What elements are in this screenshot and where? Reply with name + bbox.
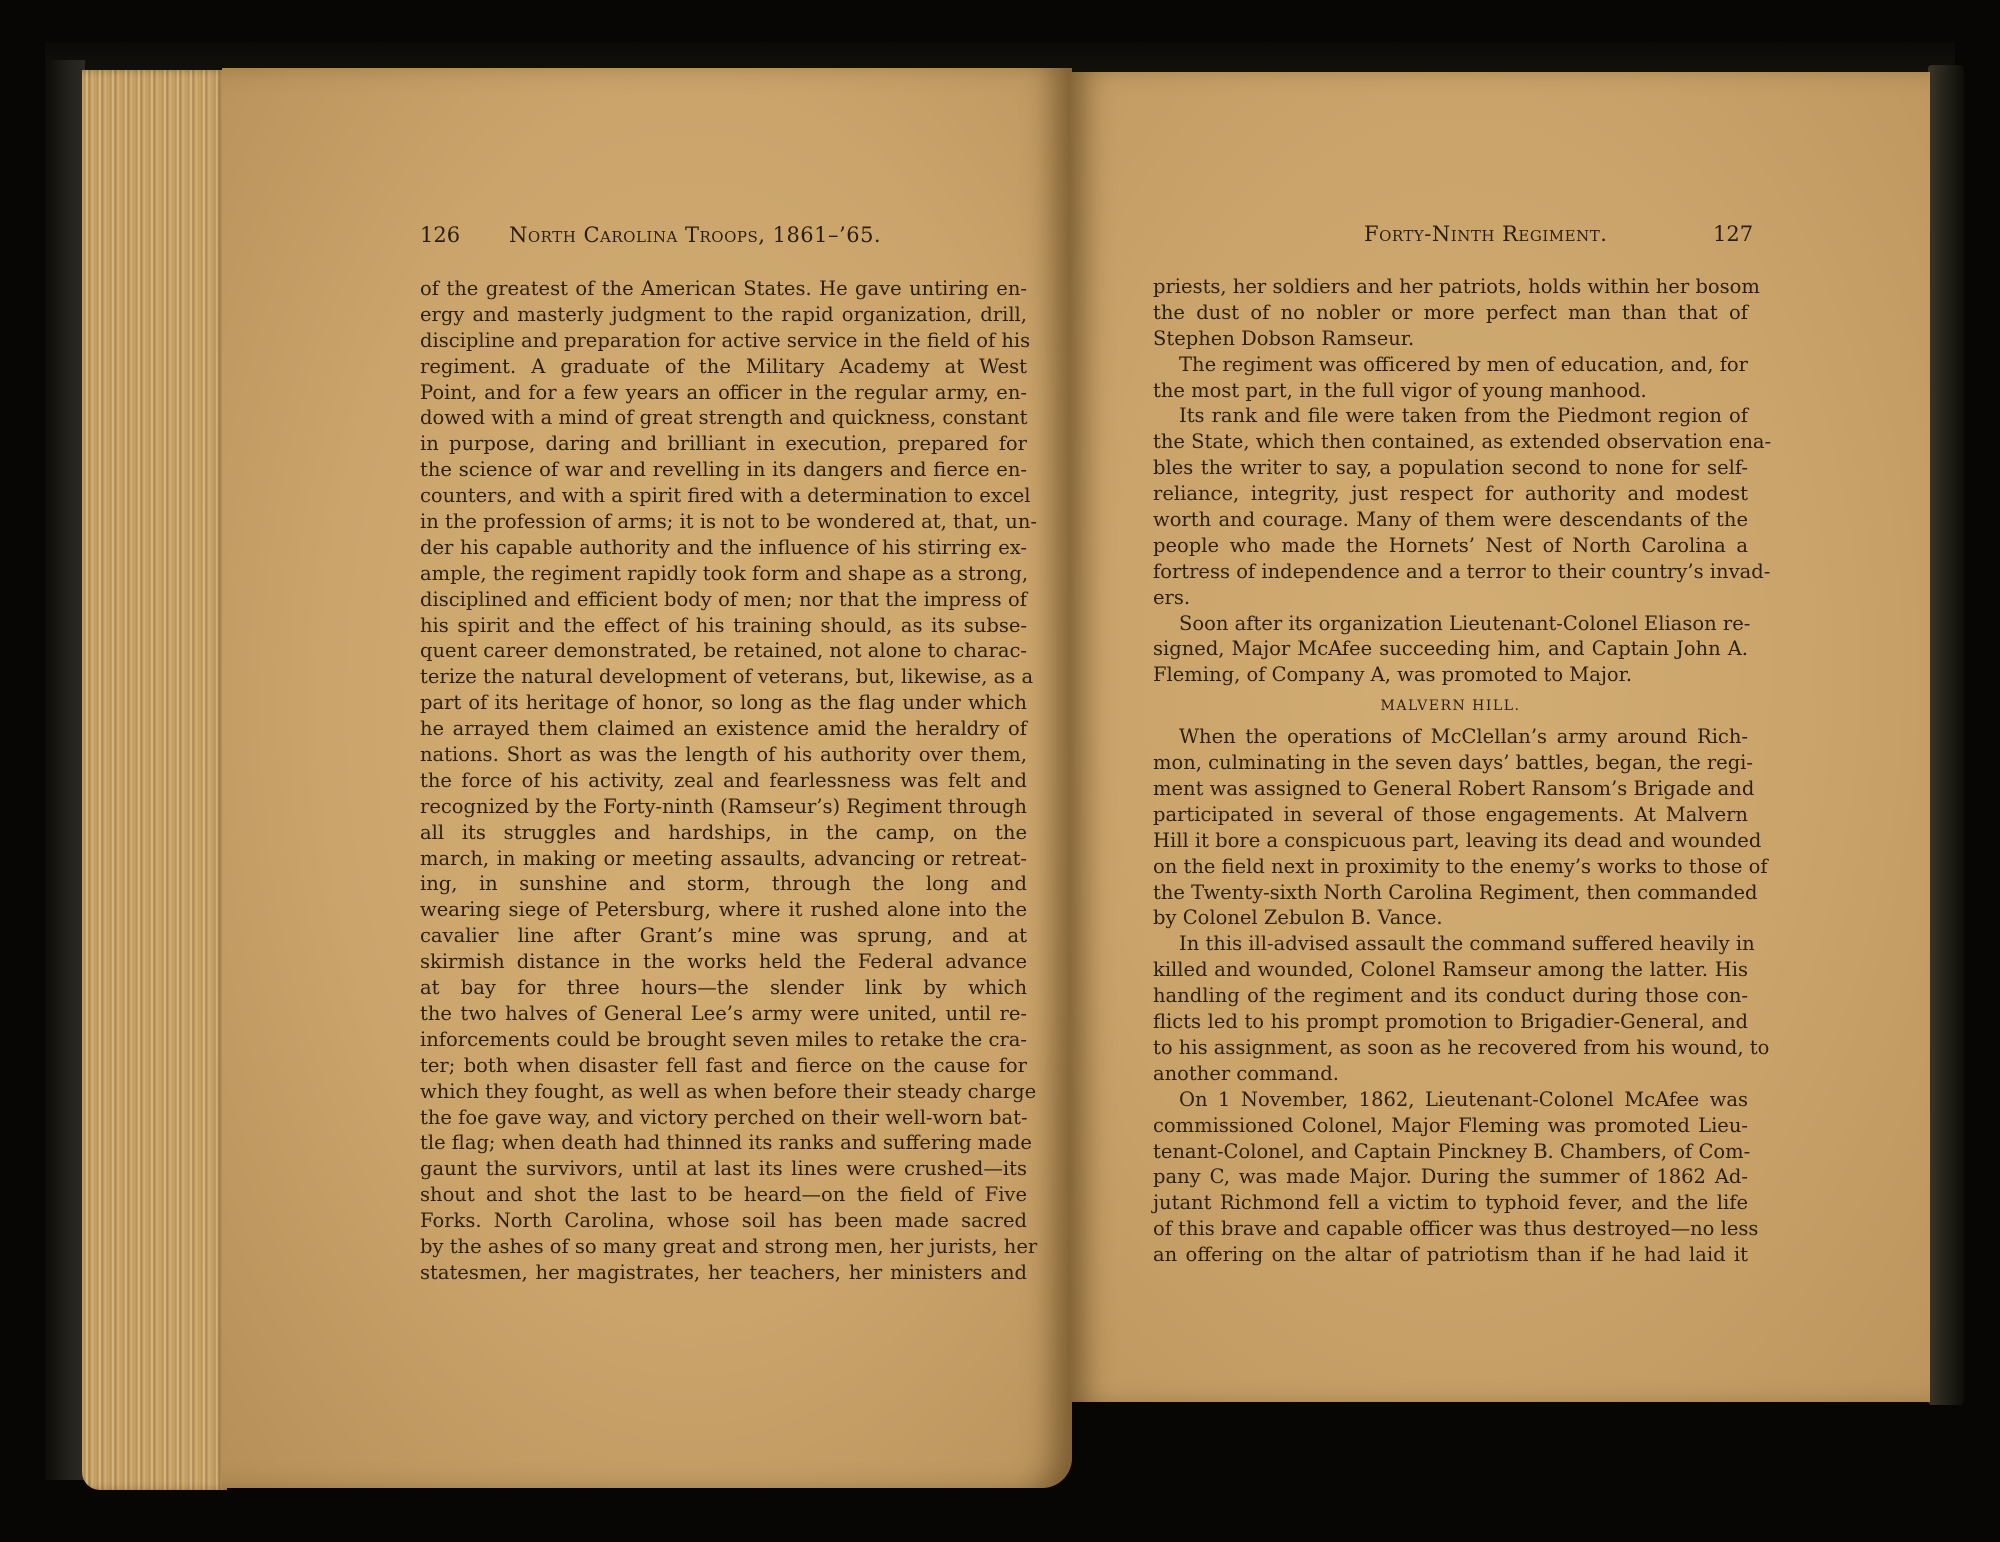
text-line: inforcements could be brought seven mile… bbox=[420, 1027, 1027, 1053]
text-line: which they fought, as well as when befor… bbox=[420, 1079, 1027, 1105]
section-heading: MALVERN HILL. bbox=[1153, 688, 1748, 724]
text-line: skirmish distance in the works held the … bbox=[420, 949, 1027, 975]
text-line: der his capable authority and the influe… bbox=[420, 535, 1027, 561]
text-line: priests, her soldiers and her patriots, … bbox=[1153, 274, 1748, 300]
text-line: Its rank and file were taken from the Pi… bbox=[1153, 403, 1748, 429]
text-line: discipline and preparation for active se… bbox=[420, 328, 1027, 354]
text-line: counters, and with a spirit fired with a… bbox=[420, 483, 1027, 509]
running-head-right: Forty-Ninth Regiment. bbox=[1364, 222, 1607, 252]
text-line: on the field next in proximity to the en… bbox=[1153, 854, 1748, 880]
text-line: disciplined and efficient body of men; n… bbox=[420, 587, 1027, 613]
text-line: participated in several of those engagem… bbox=[1153, 802, 1748, 828]
text-line: In this ill-advised assault the command … bbox=[1153, 931, 1748, 957]
text-line: people who made the Hornets’ Nest of Nor… bbox=[1153, 533, 1748, 559]
page-stack-edges bbox=[82, 70, 227, 1490]
text-line: the State, which then contained, as exte… bbox=[1153, 429, 1748, 455]
text-line: When the operations of McClellan’s army … bbox=[1153, 724, 1748, 750]
text-line: jutant Richmond fell a victim to typhoid… bbox=[1153, 1190, 1748, 1216]
text-line: regiment. A graduate of the Military Aca… bbox=[420, 354, 1027, 380]
text-line: recognized by the Forty-ninth (Ramseur’s… bbox=[420, 794, 1027, 820]
left-page-body: of the greatest of the American States. … bbox=[420, 276, 1027, 1286]
text-line: ing, in sunshine and storm, through the … bbox=[420, 871, 1027, 897]
text-line: dowed with a mind of great strength and … bbox=[420, 405, 1027, 431]
text-line: Forks. North Carolina, whose soil has be… bbox=[420, 1208, 1027, 1234]
text-line: the science of war and revelling in its … bbox=[420, 457, 1027, 483]
text-line: march, in making or meeting assaults, ad… bbox=[420, 846, 1027, 872]
text-line: ment was assigned to General Robert Rans… bbox=[1153, 776, 1748, 802]
text-line: bles the writer to say, a population sec… bbox=[1153, 455, 1748, 481]
text-line: the foe gave way, and victory perched on… bbox=[420, 1105, 1027, 1131]
text-line: Soon after its organization Lieutenant-C… bbox=[1153, 611, 1748, 637]
text-line: worth and courage. Many of them were des… bbox=[1153, 507, 1748, 533]
text-line: the force of his activity, zeal and fear… bbox=[420, 768, 1027, 794]
right-page-body: priests, her soldiers and her patriots, … bbox=[1153, 274, 1748, 1268]
text-line: terize the natural development of vetera… bbox=[420, 664, 1027, 690]
text-line: the Twenty-sixth North Carolina Regiment… bbox=[1153, 880, 1748, 906]
text-line: shout and shot the last to be heard—on t… bbox=[420, 1182, 1027, 1208]
text-line: The regiment was officered by men of edu… bbox=[1153, 352, 1748, 378]
text-line: in the profession of arms; it is not to … bbox=[420, 509, 1027, 535]
text-line: his spirit and the effect of his trainin… bbox=[420, 613, 1027, 639]
text-line: the two halves of General Lee’s army wer… bbox=[420, 1001, 1027, 1027]
text-line: wearing siege of Petersburg, where it ru… bbox=[420, 897, 1027, 923]
text-line: by Colonel Zebulon B. Vance. bbox=[1153, 905, 1748, 931]
text-line: Point, and for a few years an officer in… bbox=[420, 380, 1027, 406]
text-line: On 1 November, 1862, Lieutenant-Colonel … bbox=[1153, 1087, 1748, 1113]
page-number-left: 126 bbox=[420, 223, 460, 253]
text-line: cavalier line after Grant’s mine was spr… bbox=[420, 923, 1027, 949]
left-page: 126 North Carolina Troops, 1861–’65. of … bbox=[222, 68, 1072, 1488]
text-line: to his assignment, as soon as he recover… bbox=[1153, 1035, 1748, 1061]
text-line: nations. Short as was the length of his … bbox=[420, 742, 1027, 768]
text-line: commissioned Colonel, Major Fleming was … bbox=[1153, 1113, 1748, 1139]
text-line: ter; both when disaster fell fast and fi… bbox=[420, 1053, 1027, 1079]
right-page: Forty-Ninth Regiment. 127 priests, her s… bbox=[1070, 72, 1930, 1402]
text-line: the most part, in the full vigor of youn… bbox=[1153, 378, 1748, 404]
text-line: tenant-Colonel, and Captain Pinckney B. … bbox=[1153, 1139, 1748, 1165]
text-line: ample, the regiment rapidly took form an… bbox=[420, 561, 1027, 587]
book-cover-right-edge bbox=[1928, 65, 1964, 1405]
text-line: ergy and masterly judgment to the rapid … bbox=[420, 302, 1027, 328]
text-line: in purpose, daring and brilliant in exec… bbox=[420, 431, 1027, 457]
text-line: Hill it bore a conspicuous part, leaving… bbox=[1153, 828, 1748, 854]
page-number-right: 127 bbox=[1713, 222, 1753, 252]
text-line: statesmen, her magistrates, her teachers… bbox=[420, 1260, 1027, 1286]
text-line: pany C, was made Major. During the summe… bbox=[1153, 1164, 1748, 1190]
text-line: tle flag; when death had thinned its ran… bbox=[420, 1130, 1027, 1156]
text-line: mon, culminating in the seven days’ batt… bbox=[1153, 750, 1748, 776]
text-line: at bay for three hours—the slender link … bbox=[420, 975, 1027, 1001]
text-line: reliance, integrity, just respect for au… bbox=[1153, 481, 1748, 507]
text-line: of this brave and capable officer was th… bbox=[1153, 1216, 1748, 1242]
text-line: Fleming, of Company A, was promoted to M… bbox=[1153, 662, 1748, 688]
text-line: the dust of no nobler or more perfect ma… bbox=[1153, 300, 1748, 326]
text-line: an offering on the altar of patriotism t… bbox=[1153, 1242, 1748, 1268]
book-cover-left-edge bbox=[45, 60, 85, 1480]
text-line: flicts led to his prompt promotion to Br… bbox=[1153, 1009, 1748, 1035]
text-line: Stephen Dobson Ramseur. bbox=[1153, 326, 1748, 352]
text-line: he arrayed them claimed an existence ami… bbox=[420, 716, 1027, 742]
text-line: signed, Major McAfee succeeding him, and… bbox=[1153, 636, 1748, 662]
running-head-left: North Carolina Troops, 1861–’65. bbox=[509, 223, 881, 253]
text-line: by the ashes of so many great and strong… bbox=[420, 1234, 1027, 1260]
text-line: part of its heritage of honor, so long a… bbox=[420, 690, 1027, 716]
text-line: handling of the regiment and its conduct… bbox=[1153, 983, 1748, 1009]
text-line: fortress of independence and a terror to… bbox=[1153, 559, 1748, 585]
text-line: killed and wounded, Colonel Ramseur amon… bbox=[1153, 957, 1748, 983]
text-line: quent career demonstrated, be retained, … bbox=[420, 638, 1027, 664]
text-line: gaunt the survivors, until at last its l… bbox=[420, 1156, 1027, 1182]
text-line: all its struggles and hardships, in the … bbox=[420, 820, 1027, 846]
text-line: another command. bbox=[1153, 1061, 1748, 1087]
text-line: of the greatest of the American States. … bbox=[420, 276, 1027, 302]
text-line: ers. bbox=[1153, 585, 1748, 611]
